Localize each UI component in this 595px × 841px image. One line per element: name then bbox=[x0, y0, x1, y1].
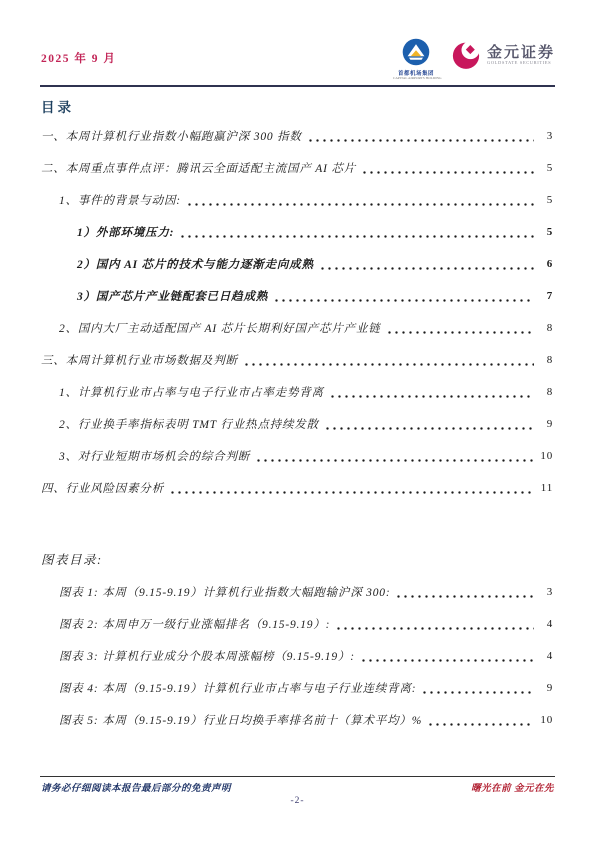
figure-item-page: 10 bbox=[537, 714, 553, 726]
footer-disclaimer: 请务必仔细阅读本报告最后部分的免责声明 bbox=[41, 780, 231, 794]
report-page: 2025 年 9 月 首都机场集团 CAPITAL AIRPORTS HOLDI… bbox=[0, 0, 595, 841]
dot-leader bbox=[329, 376, 534, 408]
toc-item-page: 11 bbox=[537, 482, 553, 494]
dot-leader bbox=[319, 248, 534, 280]
dot-leader bbox=[179, 216, 534, 248]
figures-list: 图表 1: 本周（9.15-9.19）计算机行业指数大幅跑输沪深 300:3图表… bbox=[41, 576, 553, 736]
toc-item-label: 2、国内大厂主动适配国产 AI 芯片长期利好国产芯片产业链 bbox=[59, 320, 381, 336]
capital-logo-subtext: CAPITAL AIRPORTS HOLDING bbox=[393, 77, 439, 81]
toc-item-page: 10 bbox=[537, 450, 553, 462]
figure-item-label: 图表 4: 本周（9.15-9.19）计算机行业市占率与电子行业连续背离: bbox=[59, 680, 416, 696]
toc-item[interactable]: 3、对行业短期市场机会的综合判断10 bbox=[41, 440, 553, 472]
toc-item-page: 8 bbox=[537, 322, 553, 334]
goldstate-crescent-icon bbox=[451, 40, 481, 70]
toc-item-label: 二、本周重点事件点评：腾讯云全面适配主流国产 AI 芯片 bbox=[41, 160, 356, 176]
toc-item-label: 2、行业换手率指标表明 TMT 行业热点持续发散 bbox=[59, 416, 319, 432]
goldstate-name: 金元证券 bbox=[487, 45, 555, 61]
goldstate-logo: 金元证券 GOLDSTATE SECURITIES bbox=[451, 40, 555, 70]
toc-item-page: 8 bbox=[537, 354, 553, 366]
figure-item-page: 4 bbox=[537, 618, 553, 630]
dot-leader bbox=[395, 576, 534, 608]
dot-leader bbox=[186, 184, 534, 216]
toc-item[interactable]: 二、本周重点事件点评：腾讯云全面适配主流国产 AI 芯片5 bbox=[41, 152, 553, 184]
toc-item-page: 7 bbox=[537, 290, 553, 302]
figure-item-label: 图表 2: 本周申万一级行业涨幅排名（9.15-9.19）: bbox=[59, 616, 330, 632]
toc-content: 目录 一、本周计算机行业指数小幅跑赢沪深 300 指数3二、本周重点事件点评：腾… bbox=[41, 96, 553, 736]
report-date: 2025 年 9 月 bbox=[41, 50, 116, 66]
header-divider bbox=[40, 85, 555, 87]
dot-leader bbox=[169, 472, 534, 504]
dot-leader bbox=[360, 640, 534, 672]
footer-slogan: 曙光在前 金元在先 bbox=[471, 780, 554, 794]
figure-item-page: 3 bbox=[537, 586, 553, 598]
page-header: 2025 年 9 月 首都机场集团 CAPITAL AIRPORTS HOLDI… bbox=[41, 38, 555, 80]
toc-item-page: 5 bbox=[537, 162, 553, 174]
figure-item[interactable]: 图表 5: 本周（9.15-9.19）行业日均换手率排名前十（算术平均）%10 bbox=[41, 704, 553, 736]
toc-item[interactable]: 三、本周计算机行业市场数据及判断8 bbox=[41, 344, 553, 376]
capital-airports-emblem-icon bbox=[402, 38, 430, 66]
dot-leader bbox=[361, 152, 534, 184]
toc-title: 目录 bbox=[41, 96, 553, 115]
toc-item-page: 6 bbox=[537, 258, 553, 270]
toc-item-page: 3 bbox=[537, 130, 553, 142]
dot-leader bbox=[273, 280, 534, 312]
dot-leader bbox=[255, 440, 534, 472]
toc-item-page: 5 bbox=[537, 226, 553, 238]
toc-item[interactable]: 3）国产芯片产业链配套已日趋成熟7 bbox=[41, 280, 553, 312]
logo-group: 首都机场集团 CAPITAL AIRPORTS HOLDING 金元证券 GOL… bbox=[393, 38, 555, 80]
toc-item[interactable]: 1、计算机行业市占率与电子行业市占率走势背离8 bbox=[41, 376, 553, 408]
figure-item-page: 4 bbox=[537, 650, 553, 662]
toc-list: 一、本周计算机行业指数小幅跑赢沪深 300 指数3二、本周重点事件点评：腾讯云全… bbox=[41, 120, 553, 504]
page-footer: 请务必仔细阅读本报告最后部分的免责声明 曙光在前 金元在先 bbox=[41, 780, 554, 794]
figure-item-page: 9 bbox=[537, 682, 553, 694]
page-number: -2- bbox=[0, 796, 595, 806]
figures-title: 图表目录: bbox=[41, 550, 553, 568]
toc-item-label: 1、计算机行业市占率与电子行业市占率走势背离 bbox=[59, 384, 324, 400]
figure-item-label: 图表 3: 计算机行业成分个股本周涨幅榜（9.15-9.19）: bbox=[59, 648, 355, 664]
toc-item-page: 9 bbox=[537, 418, 553, 430]
toc-item-page: 5 bbox=[537, 194, 553, 206]
figure-item-label: 图表 1: 本周（9.15-9.19）计算机行业指数大幅跑输沪深 300: bbox=[59, 584, 390, 600]
toc-item-label: 3）国产芯片产业链配套已日趋成熟 bbox=[77, 288, 268, 304]
figure-item[interactable]: 图表 4: 本周（9.15-9.19）计算机行业市占率与电子行业连续背离:9 bbox=[41, 672, 553, 704]
toc-item[interactable]: 1、事件的背景与动因:5 bbox=[41, 184, 553, 216]
toc-item[interactable]: 1）外部环境压力:5 bbox=[41, 216, 553, 248]
dot-leader bbox=[386, 312, 534, 344]
toc-item[interactable]: 2）国内 AI 芯片的技术与能力逐渐走向成熟6 bbox=[41, 248, 553, 280]
capital-airports-logo: 首都机场集团 CAPITAL AIRPORTS HOLDING bbox=[393, 38, 439, 80]
toc-item-page: 8 bbox=[537, 386, 553, 398]
toc-item-label: 一、本周计算机行业指数小幅跑赢沪深 300 指数 bbox=[41, 128, 302, 144]
goldstate-subtext: GOLDSTATE SECURITIES bbox=[487, 61, 555, 66]
toc-item[interactable]: 四、行业风险因素分析11 bbox=[41, 472, 553, 504]
figure-item[interactable]: 图表 2: 本周申万一级行业涨幅排名（9.15-9.19）:4 bbox=[41, 608, 553, 640]
dot-leader bbox=[324, 408, 534, 440]
toc-item-label: 3、对行业短期市场机会的综合判断 bbox=[59, 448, 250, 464]
toc-item-label: 三、本周计算机行业市场数据及判断 bbox=[41, 352, 238, 368]
dot-leader bbox=[243, 344, 534, 376]
dot-leader bbox=[421, 672, 534, 704]
toc-item[interactable]: 一、本周计算机行业指数小幅跑赢沪深 300 指数3 bbox=[41, 120, 553, 152]
figure-item-label: 图表 5: 本周（9.15-9.19）行业日均换手率排名前十（算术平均）% bbox=[59, 712, 422, 728]
toc-item[interactable]: 2、国内大厂主动适配国产 AI 芯片长期利好国产芯片产业链8 bbox=[41, 312, 553, 344]
dot-leader bbox=[307, 120, 534, 152]
figure-item[interactable]: 图表 3: 计算机行业成分个股本周涨幅榜（9.15-9.19）:4 bbox=[41, 640, 553, 672]
dot-leader bbox=[427, 704, 534, 736]
figure-item[interactable]: 图表 1: 本周（9.15-9.19）计算机行业指数大幅跑输沪深 300:3 bbox=[41, 576, 553, 608]
toc-item-label: 1）外部环境压力: bbox=[77, 224, 174, 240]
footer-divider bbox=[40, 776, 555, 777]
toc-item-label: 2）国内 AI 芯片的技术与能力逐渐走向成熟 bbox=[77, 256, 314, 272]
toc-item-label: 四、行业风险因素分析 bbox=[41, 480, 164, 496]
toc-item-label: 1、事件的背景与动因: bbox=[59, 192, 181, 208]
dot-leader bbox=[335, 608, 534, 640]
toc-item[interactable]: 2、行业换手率指标表明 TMT 行业热点持续发散9 bbox=[41, 408, 553, 440]
goldstate-wordmark: 金元证券 GOLDSTATE SECURITIES bbox=[487, 45, 555, 65]
